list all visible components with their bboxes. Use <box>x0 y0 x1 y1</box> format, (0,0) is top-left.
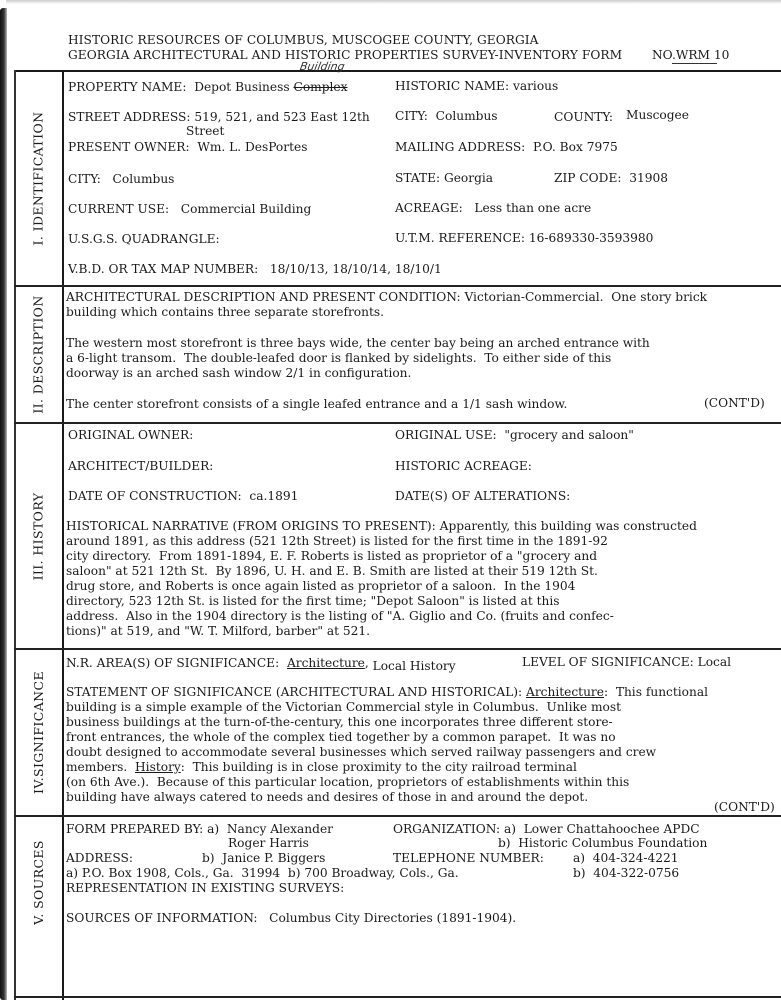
section-rule-bottom <box>14 996 781 998</box>
original-owner-label: ORIGINAL OWNER: <box>68 428 193 443</box>
historical-narrative-line: saloon" at 521 12th St. By 1896, U. H. a… <box>66 564 780 579</box>
telephone-b: b) 404-322-0756 <box>573 866 679 881</box>
side-label-description: II. DESCRIPTION <box>14 287 62 422</box>
sources-of-information-value: Columbus City Directories (1891-1904). <box>269 911 516 925</box>
statement-line: business buildings at the turn-of-the-ce… <box>66 715 780 730</box>
owner-city-field: CITY: Columbus <box>68 172 174 187</box>
nr-area-field: N.R. AREA(S) OF SIGNIFICANCE: Architectu… <box>66 656 456 671</box>
description-paragraph-2-line1: The western most storefront is three bay… <box>66 336 780 351</box>
nr-area-local-history: Local History <box>373 659 456 673</box>
utm-field: U.T.M. REFERENCE: 16-689330-3593980 <box>395 231 653 246</box>
architectural-description-line1: ARCHITECTURAL DESCRIPTION AND PRESENT CO… <box>66 290 780 305</box>
tax-map-value: 18/10/13, 18/10/14, 18/10/1 <box>270 262 442 276</box>
sidebar-divider <box>62 70 64 1000</box>
city-label: CITY: <box>395 109 428 123</box>
level-significance-value: Local <box>698 655 731 669</box>
historical-narrative-line: address. Also in the 1904 directory is t… <box>66 609 780 624</box>
historical-narrative-line: tions)" at 519, and "W. T. Milford, barb… <box>66 624 780 639</box>
zip-label: ZIP CODE: <box>554 171 621 185</box>
representation-label: REPRESENTATION IN EXISTING SURVEYS: <box>66 881 344 896</box>
organization-b: b) Historic Columbus Foundation <box>498 836 707 851</box>
form-number-value: WRM 10 <box>676 48 730 62</box>
historical-narrative-first: Apparently, this building was constructe… <box>440 519 697 533</box>
street-address-value: 519, 521, and 523 East 12th <box>194 110 369 124</box>
owner-city-label: CITY: <box>68 172 101 186</box>
historic-name-value: various <box>513 79 558 93</box>
current-use-value: Commercial Building <box>181 202 312 216</box>
utm-value: 16-689330-3593980 <box>529 231 654 245</box>
original-use-field: ORIGINAL USE: "grocery and saloon" <box>395 428 634 443</box>
statement-line: building have always catered to needs an… <box>66 790 780 805</box>
original-use-value: "grocery and saloon" <box>504 428 634 442</box>
statement-history-line: members. History: This building is in cl… <box>66 760 780 775</box>
side-label-history: III. HISTORY <box>14 424 62 648</box>
organization-field: ORGANIZATION: a) Lower Chattahoochee APD… <box>393 822 700 837</box>
mailing-address-field: MAILING ADDRESS: P.O. Box 7975 <box>395 140 618 155</box>
statement-history-heading: History <box>135 760 181 774</box>
tax-map-field: V.B.D. OR TAX MAP NUMBER: 18/10/13, 18/1… <box>68 262 442 277</box>
description-paragraph-2-line2: a 6-light transom. The double-leafed doo… <box>66 351 780 366</box>
county-value: Muscogee <box>626 108 689 123</box>
form-prepared-by-field: FORM PREPARED BY: a) Nancy Alexander <box>66 822 333 837</box>
address-label: ADDRESS: <box>66 851 133 866</box>
mailing-address-value: P.O. Box 7975 <box>533 140 618 154</box>
nr-area-separator: , <box>365 656 369 670</box>
historical-narrative-line1: HISTORICAL NARRATIVE (FROM ORIGINS TO PR… <box>66 519 780 534</box>
organization-label: ORGANIZATION: <box>393 822 500 836</box>
architectural-description-line2: building which contains three separate s… <box>66 305 780 320</box>
street-address-line2: Street <box>186 124 224 139</box>
original-use-label: ORIGINAL USE: <box>395 428 497 442</box>
current-use-label: CURRENT USE: <box>68 202 169 216</box>
level-significance-field: LEVEL OF SIGNIFICANCE: Local <box>522 655 731 670</box>
state-label: STATE: <box>395 171 440 185</box>
telephone-a: a) 404-324-4221 <box>573 851 679 866</box>
historic-name-field: HISTORIC NAME: various <box>395 79 558 94</box>
property-name-struck: Complex <box>294 80 348 94</box>
statement-line: building is a simple example of the Vict… <box>66 700 780 715</box>
description-paragraph-3: The center storefront consists of a sing… <box>66 397 780 412</box>
section-rule-4 <box>14 815 781 817</box>
header-rule <box>14 70 781 72</box>
level-significance-label: LEVEL OF SIGNIFICANCE: <box>522 655 694 669</box>
statement-first-text: : This functional <box>604 685 708 699</box>
usgs-label: U.S.G.S. QUADRANGLE: <box>68 232 220 247</box>
description-paragraph-2-line3: doorway is an arched sash window 2/1 in … <box>66 366 780 381</box>
present-owner-field: PRESENT OWNER: Wm. L. DesPortes <box>68 140 307 155</box>
architect-builder-label: ARCHITECT/BUILDER: <box>68 459 213 474</box>
historic-acreage-label: HISTORIC ACREAGE: <box>395 459 532 474</box>
handwritten-building-annotation: Building <box>299 60 346 73</box>
sources-of-information-field: SOURCES OF INFORMATION: Columbus City Di… <box>66 911 516 926</box>
street-address-label: STREET ADDRESS: <box>68 110 190 124</box>
date-alterations-label: DATE(S) OF ALTERATIONS: <box>395 489 570 504</box>
side-label-significance: IV.SIGNIFICANCE <box>14 650 62 815</box>
form-prepared-by-b: b) Janice P. Biggers <box>202 851 325 866</box>
date-construction-field: DATE OF CONSTRUCTION: ca.1891 <box>68 489 298 504</box>
statement-significance-label: STATEMENT OF SIGNIFICANCE (ARCHITECTURAL… <box>66 685 522 699</box>
state-field: STATE: Georgia <box>395 171 493 186</box>
property-name-field: PROPERTY NAME: Depot Business Complex <box>68 80 348 95</box>
zip-field: ZIP CODE: 31908 <box>554 171 668 186</box>
historical-narrative-line: directory, 523 12th St. is listed for th… <box>66 594 780 609</box>
architectural-description-value: Victorian-Commercial. One story brick <box>464 290 707 304</box>
present-owner-value: Wm. L. DesPortes <box>197 140 307 154</box>
telephone-label: TELEPHONE NUMBER: <box>393 851 544 866</box>
nr-area-architecture: Architecture <box>287 656 365 670</box>
historical-narrative-line: city directory. From 1891-1894, E. F. Ro… <box>66 549 780 564</box>
statement-significance-line1: STATEMENT OF SIGNIFICANCE (ARCHITECTURAL… <box>66 685 780 700</box>
acreage-field: ACREAGE: Less than one acre <box>395 201 591 216</box>
nr-area-label: N.R. AREA(S) OF SIGNIFICANCE: <box>66 656 279 670</box>
section-rule-2 <box>14 422 781 424</box>
page-top-edge <box>6 0 781 4</box>
city-field: CITY: Columbus <box>395 109 498 124</box>
form-prepared-by-a2: Roger Harris <box>228 836 309 851</box>
acreage-label: ACREAGE: <box>395 201 463 215</box>
property-name-value: Depot Business <box>194 80 289 94</box>
utm-label: U.T.M. REFERENCE: <box>395 231 525 245</box>
statement-line: (on 6th Ave.). Because of this particula… <box>66 775 780 790</box>
present-owner-label: PRESENT OWNER: <box>68 140 190 154</box>
form-prepared-by-a: a) Nancy Alexander <box>207 822 333 836</box>
street-address-field: STREET ADDRESS: 519, 521, and 523 East 1… <box>68 110 370 125</box>
zip-value: 31908 <box>629 171 668 185</box>
form-prepared-by-label: FORM PREPARED BY: <box>66 822 203 836</box>
statement-line: doubt designed to accommodate several bu… <box>66 745 780 760</box>
statement-line: front entrances, the whole of the comple… <box>66 730 780 745</box>
current-use-field: CURRENT USE: Commercial Building <box>68 202 311 217</box>
architectural-description-label: ARCHITECTURAL DESCRIPTION AND PRESENT CO… <box>66 290 461 304</box>
address-line: a) P.O. Box 1908, Cols., Ga. 31994 b) 70… <box>66 866 459 881</box>
owner-city-value: Columbus <box>113 172 175 186</box>
side-label-sources: V. SOURCES <box>14 817 62 947</box>
historical-narrative-line: drug store, and Roberts is once again li… <box>66 579 780 594</box>
significance-contd-marker: (CONT'D) <box>714 800 775 815</box>
form-number-underline <box>672 63 717 64</box>
historic-name-label: HISTORIC NAME: <box>395 79 509 93</box>
organization-a: a) Lower Chattahoochee APDC <box>504 822 700 836</box>
date-construction-value: ca.1891 <box>249 489 298 503</box>
historical-narrative-line: around 1891, as this address (521 12th S… <box>66 534 780 549</box>
statement-architecture-heading: Architecture <box>526 685 604 699</box>
header-line-1: HISTORIC RESOURCES OF COLUMBUS, MUSCOGEE… <box>68 33 539 48</box>
form-number: NO.WRM 10 <box>652 48 729 63</box>
scan-binding-shadow <box>0 8 7 1000</box>
historical-narrative-label: HISTORICAL NARRATIVE (FROM ORIGINS TO PR… <box>66 519 436 533</box>
tax-map-label: V.B.D. OR TAX MAP NUMBER: <box>68 262 258 276</box>
description-contd-marker: (CONT'D) <box>704 396 765 411</box>
county-label: COUNTY: <box>554 110 613 125</box>
city-value: Columbus <box>436 109 498 123</box>
state-value: Georgia <box>444 171 493 185</box>
form-number-label: NO. <box>652 48 676 62</box>
section-rule-3 <box>14 648 781 650</box>
acreage-value: Less than one acre <box>474 201 591 215</box>
statement-history-prefix: members. <box>66 760 135 774</box>
mailing-address-label: MAILING ADDRESS: <box>395 140 525 154</box>
sources-of-information-label: SOURCES OF INFORMATION: <box>66 911 258 925</box>
property-name-label: PROPERTY NAME: <box>68 80 186 94</box>
statement-history-rest: : This building is in close proximity to… <box>181 760 577 774</box>
date-construction-label: DATE OF CONSTRUCTION: <box>68 489 242 503</box>
side-label-identification: I. IDENTIFICATION <box>14 72 62 285</box>
section-rule-1 <box>14 285 781 287</box>
